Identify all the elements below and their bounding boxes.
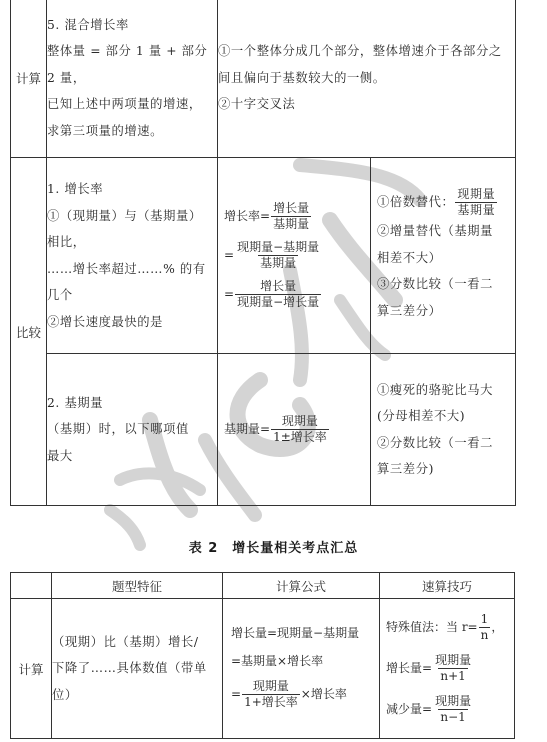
feature-cell: （现期）比（基期）增长/ 下降了……具体数值（带单 位） bbox=[52, 599, 223, 739]
fraction: 增长量现期量−增长量 bbox=[235, 279, 321, 310]
fraction: 现期量基期量 bbox=[455, 187, 497, 218]
feature-line: 5. 混合增长率 bbox=[47, 12, 217, 39]
tips-cell: ①瘦死的骆驼比马大 (分母相差不大) ②分数比较（一看二 算三差分) bbox=[371, 354, 516, 506]
denominator: 1±增长率 bbox=[271, 429, 329, 445]
equals-sign: = bbox=[231, 687, 241, 701]
numerator: 现期量 bbox=[280, 414, 320, 429]
column-header-tips: 速算技巧 bbox=[380, 573, 515, 599]
column-header-feature: 题型特征 bbox=[52, 573, 223, 599]
table-row: 计算 5. 混合增长率 整体量 = 部分 1 量 + 部分 2 量， 已知上述中… bbox=[11, 0, 516, 158]
tip-line: ②增量替代（基期量 bbox=[377, 218, 509, 245]
feature-cell: 5. 混合增长率 整体量 = 部分 1 量 + 部分 2 量， 已知上述中两项量… bbox=[47, 0, 218, 158]
numerator: 增长量 bbox=[258, 279, 298, 294]
feature-line: ①（现期量）与（基期量） bbox=[47, 203, 217, 230]
formula-lhs: 增长率 bbox=[224, 209, 260, 223]
formula-cell: 基期量=现期量1±增长率 bbox=[218, 354, 371, 506]
method-line: ②十字交叉法 bbox=[218, 91, 515, 118]
formula-suffix: ×增长率 bbox=[301, 687, 347, 701]
category-cell: 计算 bbox=[11, 0, 47, 158]
tip-label: ①倍数替代： bbox=[377, 195, 454, 209]
fraction: 现期量n−1 bbox=[433, 694, 473, 725]
table-row: 2. 基期量 （基期）时，以下哪项值 最大 基期量=现期量1±增长率 ①瘦死的骆… bbox=[11, 354, 516, 506]
formula-line: 增长量=现期量−基期量 bbox=[231, 619, 371, 647]
feature-line: 几个 bbox=[47, 282, 217, 309]
numerator: 现期量−基期量 bbox=[235, 240, 321, 255]
feature-cell: 2. 基期量 （基期）时，以下哪项值 最大 bbox=[47, 354, 218, 506]
fraction: 现期量n+1 bbox=[433, 653, 473, 684]
feature-line: （基期）时，以下哪项值 bbox=[47, 416, 217, 443]
numerator: 现期量 bbox=[251, 679, 291, 694]
column-header bbox=[11, 573, 52, 599]
equals-sign: = bbox=[260, 209, 270, 223]
feature-line: 2. 基期量 bbox=[47, 390, 217, 417]
category-cell: 比较 bbox=[11, 158, 47, 506]
formula-lhs: 减少量 bbox=[386, 702, 422, 716]
table-row: 计算 （现期）比（基期）增长/ 下降了……具体数值（带单 位） 增长量=现期量−… bbox=[11, 599, 515, 739]
numerator: 增长量 bbox=[271, 201, 311, 216]
tip-line: 算三差分） bbox=[377, 298, 509, 325]
denominator: 基期量 bbox=[455, 202, 497, 218]
tip-label: 特殊值法：当 r= bbox=[386, 620, 478, 634]
method-line: 间且偏向于基数较大的一侧。 bbox=[218, 65, 515, 92]
fraction: 1n bbox=[479, 612, 491, 643]
numerator: 现期量 bbox=[433, 653, 473, 668]
feature-line: 求第三项量的增速。 bbox=[47, 118, 217, 145]
column-header-formula: 计算公式 bbox=[223, 573, 380, 599]
fraction: 现期量1+增长率 bbox=[242, 679, 300, 710]
method-cell: ①一个整体分成几个部分，整体增速介于各部分之 间且偏向于基数较大的一侧。 ②十字… bbox=[218, 0, 516, 158]
denominator: 1+增长率 bbox=[242, 694, 300, 710]
formula-line: =基期量×增长率 bbox=[231, 647, 371, 675]
category-cell: 计算 bbox=[11, 599, 52, 739]
feature-line: 下降了……具体数值（带单 bbox=[52, 655, 222, 682]
denominator: n+1 bbox=[438, 668, 467, 684]
feature-line: 2 量， bbox=[47, 65, 217, 92]
table-caption: 表 2 增长量相关考点汇总 bbox=[0, 537, 547, 556]
formula-cell: 增长率=增长量基期量 =现期量−基期量基期量 =增长量现期量−增长量 bbox=[218, 158, 371, 354]
tip-line: (分母相差不大) bbox=[377, 403, 509, 430]
feature-cell: 1. 增长率 ①（现期量）与（基期量） 相比， ……增长率超过……% 的有 几个… bbox=[47, 158, 218, 354]
feature-line: 相比， bbox=[47, 229, 217, 256]
numerator: 1 bbox=[479, 612, 491, 627]
feature-line: 位） bbox=[52, 682, 222, 709]
feature-line: ……增长率超过……% 的有 bbox=[47, 256, 217, 283]
equals-sign: = bbox=[422, 702, 432, 716]
fraction: 增长量基期量 bbox=[271, 201, 311, 232]
feature-line: ②增长速度最快的是 bbox=[47, 309, 217, 336]
feature-line: 整体量 = 部分 1 量 + 部分 bbox=[47, 38, 217, 65]
denominator: 现期量−增长量 bbox=[235, 294, 321, 310]
formula-cell: 增长量=现期量−基期量 =基期量×增长率 =现期量1+增长率×增长率 bbox=[223, 599, 380, 739]
method-line: ①一个整体分成几个部分，整体增速介于各部分之 bbox=[218, 38, 515, 65]
table-row: 比较 1. 增长率 ①（现期量）与（基期量） 相比， ……增长率超过……% 的有… bbox=[11, 158, 516, 354]
table-header-row: 题型特征 计算公式 速算技巧 bbox=[11, 573, 515, 599]
denominator: 基期量 bbox=[271, 216, 311, 232]
equals-sign: = bbox=[260, 422, 270, 436]
numerator: 现期量 bbox=[433, 694, 473, 709]
equals-sign: = bbox=[422, 661, 432, 675]
denominator: n bbox=[479, 627, 491, 643]
denominator: 基期量 bbox=[258, 255, 298, 271]
formula-lhs: 增长量 bbox=[386, 661, 422, 675]
equals-sign: = bbox=[224, 287, 234, 301]
denominator: n−1 bbox=[438, 709, 467, 725]
feature-line: 最大 bbox=[47, 443, 217, 470]
feature-line: 已知上述中两项量的增速， bbox=[47, 91, 217, 118]
feature-line: 1. 增长率 bbox=[47, 176, 217, 203]
tips-cell: ①倍数替代：现期量基期量 ②增量替代（基期量 相差不大） ③分数比较（一看二 算… bbox=[371, 158, 516, 354]
fraction: 现期量−基期量基期量 bbox=[235, 240, 321, 271]
fraction: 现期量1±增长率 bbox=[271, 414, 329, 445]
tips-cell: 特殊值法：当 r=1n， 增长量=现期量n+1 减少量=现期量n−1 bbox=[380, 599, 515, 739]
tip-line: 相差不大） bbox=[377, 245, 509, 272]
feature-line: （现期）比（基期）增长/ bbox=[52, 629, 222, 656]
formula-lhs: 基期量 bbox=[224, 422, 260, 436]
summary-table-2: 题型特征 计算公式 速算技巧 计算 （现期）比（基期）增长/ 下降了……具体数值… bbox=[10, 572, 515, 739]
numerator: 现期量 bbox=[455, 187, 497, 202]
equals-sign: = bbox=[224, 248, 234, 262]
tip-line: ②分数比较（一看二 bbox=[377, 430, 509, 457]
tip-line: ③分数比较（一看二 bbox=[377, 271, 509, 298]
tip-line: ①瘦死的骆驼比马大 bbox=[377, 377, 509, 404]
punctuation: ， bbox=[491, 620, 503, 634]
tip-line: 算三差分) bbox=[377, 456, 509, 483]
summary-table-1: 计算 5. 混合增长率 整体量 = 部分 1 量 + 部分 2 量， 已知上述中… bbox=[10, 0, 516, 506]
